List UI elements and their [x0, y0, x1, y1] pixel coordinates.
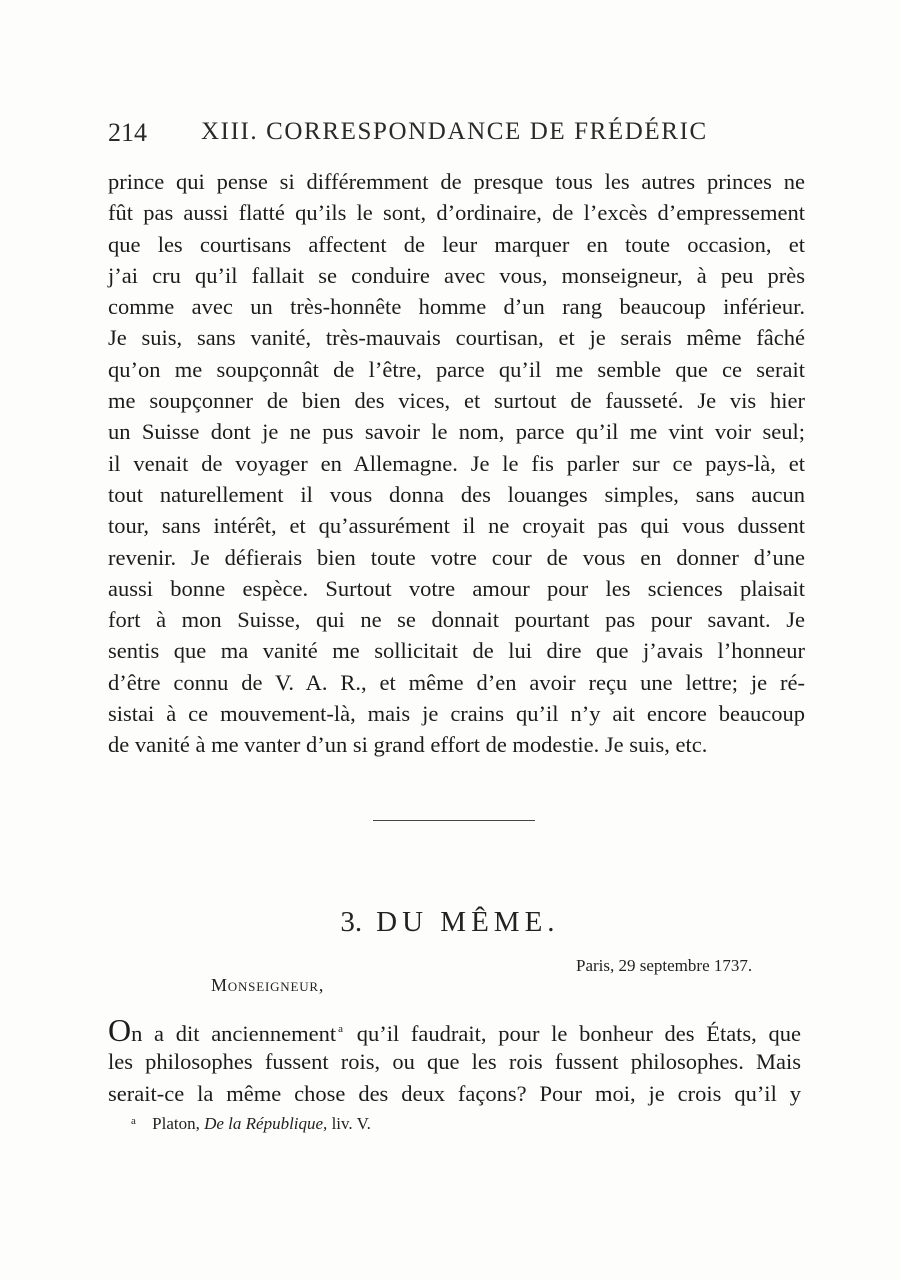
text-line: sentis que ma vanité me sollicitait de l…	[108, 635, 805, 666]
text-line: il venait de voyager en Allemagne. Je le…	[108, 448, 805, 479]
footnote-work-title: De la République,	[204, 1114, 327, 1133]
text-line: prince qui pense si différemment de pres…	[108, 166, 805, 197]
text-line-last: de vanité à me vanter d’un si grand effo…	[108, 729, 805, 760]
running-head: 214 XIII. CORRESPONDANCE DE FRÉDÉRIC	[108, 118, 808, 154]
footnote-mark: a	[131, 1115, 136, 1127]
text-line: aussi bonne espèce. Surtout votre amour …	[108, 573, 805, 604]
footnote-author: Platon,	[152, 1114, 200, 1133]
text-line: qu’on me soupçonnât de l’être, parce qu’…	[108, 354, 805, 385]
text-line: fort à mon Suisse, qui ne se donnait pou…	[108, 604, 805, 635]
drop-cap: O	[108, 1012, 131, 1048]
letter-salutation: Monseigneur,	[211, 975, 324, 996]
text-line: un Suisse dont je ne pus savoir le nom, …	[108, 416, 805, 447]
first-line-text-cont: qu’il faudrait, pour le bonheur des État…	[345, 1021, 801, 1046]
text-line: me soupçonner de bien des vices, et surt…	[108, 385, 805, 416]
text-line: fût pas aussi flatté qu’ils le sont, d’o…	[108, 197, 805, 228]
section-divider-rule	[373, 820, 535, 821]
footnote-reference-text: liv. V.	[332, 1114, 371, 1133]
running-head-title: XIII. CORRESPONDANCE DE FRÉDÉRIC	[201, 118, 708, 146]
section-title: DU MÊME.	[376, 906, 559, 938]
continued-letter-text: prince qui pense si différemment de pres…	[108, 166, 805, 761]
book-page: 214 XIII. CORRESPONDANCE DE FRÉDÉRIC pri…	[0, 0, 900, 1280]
text-line: que les courtisans affectent de leur mar…	[108, 229, 805, 260]
new-letter-text: On a dit anciennementa qu’il faudrait, p…	[108, 1013, 801, 1111]
text-line: d’être connu de V. A. R., et même d’en a…	[108, 667, 805, 698]
text-line: Je suis, sans vanité, très-mauvais court…	[108, 322, 805, 353]
text-line: revenir. Je défierais bien toute votre c…	[108, 542, 805, 573]
text-line-first: On a dit anciennementa qu’il faudrait, p…	[108, 1013, 801, 1046]
text-line: sistai à ce mouvement-là, mais je crains…	[108, 698, 805, 729]
text-line: les philosophes fussent rois, ou que les…	[108, 1046, 801, 1079]
page-number: 214	[108, 118, 147, 148]
text-line: comme avec un très-honnête homme d’un ra…	[108, 291, 805, 322]
text-line: tout naturellement il vous donna des lou…	[108, 479, 805, 510]
text-line: j’ai cru qu’il fallait se conduire avec …	[108, 260, 805, 291]
letter-dateline: Paris, 29 septembre 1737.	[576, 956, 752, 976]
text-line: serait-ce la même chose des deux façons?…	[108, 1078, 801, 1111]
section-heading: 3.DU MÊME.	[0, 906, 900, 939]
footnote: a Platon, De la République, liv. V.	[131, 1114, 371, 1134]
text-line: tour, sans intérêt, et qu’assurément il …	[108, 510, 805, 541]
section-number: 3.	[340, 906, 362, 938]
first-line-text: n a dit anciennement	[131, 1021, 336, 1046]
footnote-reference: a	[338, 1023, 343, 1035]
